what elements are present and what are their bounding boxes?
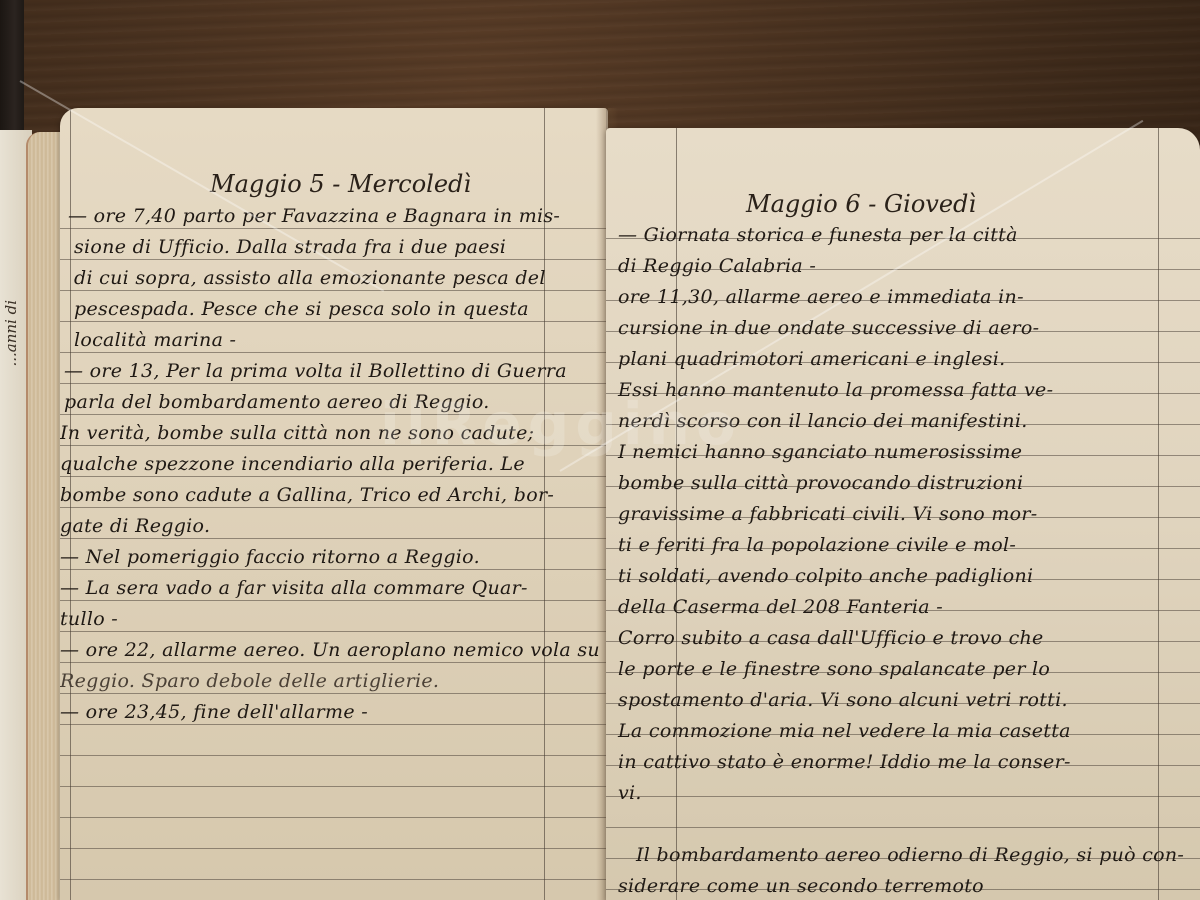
diary-line: — Nel pomeriggio faccio ritorno a Reggio… bbox=[60, 542, 608, 573]
diary-line: di cui sopra, assisto alla emozionante p… bbox=[60, 263, 608, 294]
diary-line: siderare come un secondo terremoto bbox=[606, 871, 1200, 900]
diary-line: qualche spezzone incendiario alla perife… bbox=[60, 449, 608, 480]
diary-line: Essi hanno mantenuto la promessa fatta v… bbox=[606, 375, 1200, 406]
diary-line: La commozione mia nel vedere la mia case… bbox=[606, 716, 1200, 747]
diary-line: gate di Reggio. bbox=[60, 511, 608, 542]
diary-line: vi. bbox=[606, 778, 1200, 809]
left-page-text: — ore 7,40 parto per Favazzina e Bagnara… bbox=[60, 201, 608, 728]
diary-line: gravissime a fabbricati civili. Vi sono … bbox=[606, 499, 1200, 530]
diary-line: parla del bombardamento aereo di Reggio. bbox=[60, 387, 608, 418]
diary-line: località marina - bbox=[60, 325, 608, 356]
diary-line: In verità, bombe sulla città non ne sono… bbox=[60, 418, 608, 449]
diary-line: spostamento d'aria. Vi sono alcuni vetri… bbox=[606, 685, 1200, 716]
right-page-date-heading: Maggio 6 - Giovedì bbox=[746, 190, 976, 218]
notebook-spine bbox=[0, 0, 24, 140]
diary-line: tullo - bbox=[60, 604, 608, 635]
diary-line: — ore 22, allarme aereo. Un aeroplano ne… bbox=[60, 635, 608, 666]
spine-handwriting: ...anni di bbox=[2, 300, 20, 367]
diary-line: ti soldati, avendo colpito anche padigli… bbox=[606, 561, 1200, 592]
diary-line: di Reggio Calabria - bbox=[606, 251, 1200, 282]
diary-line: cursione in due ondate successive di aer… bbox=[606, 313, 1200, 344]
right-page-text: — Giornata storica e funesta per la citt… bbox=[606, 220, 1200, 900]
diary-line: — ore 7,40 parto per Favazzina e Bagnara… bbox=[60, 201, 608, 232]
diary-line: ti e feriti fra la popolazione civile e … bbox=[606, 530, 1200, 561]
diary-line: Reggio. Sparo debole delle artiglierie. bbox=[60, 666, 608, 697]
diary-line: bombe sulla città provocando distruzioni bbox=[606, 468, 1200, 499]
diary-line: Il bombardamento aereo odierno di Reggio… bbox=[606, 840, 1200, 871]
diary-line: nerdì scorso con il lancio dei manifesti… bbox=[606, 406, 1200, 437]
diary-line: ore 11,30, allarme aereo e immediata in- bbox=[606, 282, 1200, 313]
diary-line: — Giornata storica e funesta per la citt… bbox=[606, 220, 1200, 251]
left-page-date-heading: Maggio 5 - Mercoledì bbox=[210, 170, 471, 198]
diary-line: pescespada. Pesce che si pesca solo in q… bbox=[60, 294, 608, 325]
left-page: Maggio 5 - Mercoledì — ore 7,40 parto pe… bbox=[60, 108, 608, 900]
diary-line: sione di Ufficio. Dalla strada fra i due… bbox=[60, 232, 608, 263]
right-page: Maggio 6 - Giovedì — Giornata storica e … bbox=[606, 128, 1200, 900]
diary-line: — ore 13, Per la prima volta il Bolletti… bbox=[60, 356, 608, 387]
diary-line: I nemici hanno sganciato numerosissime bbox=[606, 437, 1200, 468]
diary-line: in cattivo stato è enorme! Iddio me la c… bbox=[606, 747, 1200, 778]
diary-line: — La sera vado a far visita alla commare… bbox=[60, 573, 608, 604]
diary-line: le porte e le finestre sono spalancate p… bbox=[606, 654, 1200, 685]
diary-line: plani quadrimotori americani e inglesi. bbox=[606, 344, 1200, 375]
diary-line: bombe sono cadute a Gallina, Trico ed Ar… bbox=[60, 480, 608, 511]
diary-line: — ore 23,45, fine dell'allarme - bbox=[60, 697, 608, 728]
diary-line: Corro subito a casa dall'Ufficio e trovo… bbox=[606, 623, 1200, 654]
diary-line bbox=[606, 809, 1200, 840]
diary-line: della Caserma del 208 Fanteria - bbox=[606, 592, 1200, 623]
